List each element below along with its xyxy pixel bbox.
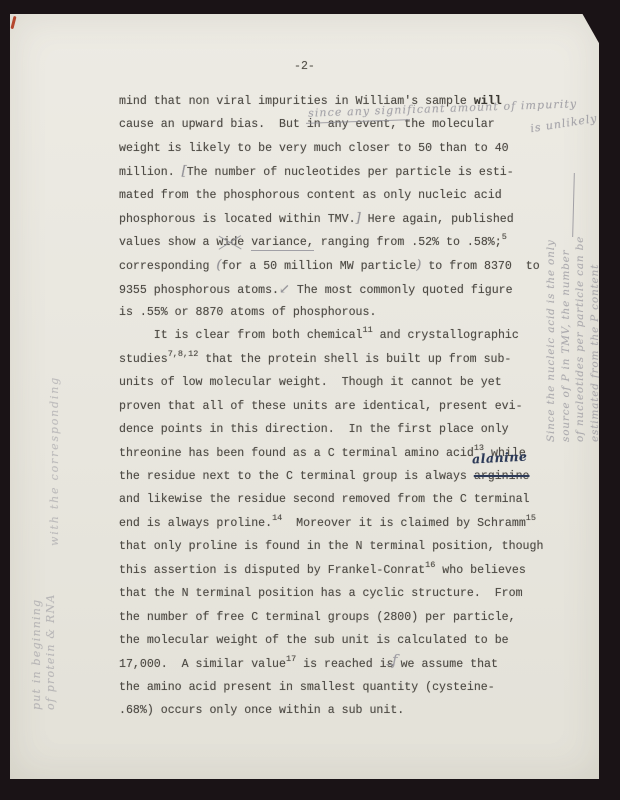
typed-line: dence points in this direction. In the f… <box>119 418 543 441</box>
typed-segment: It is clear from both chemical <box>119 329 363 342</box>
typed-segment: studies <box>119 353 168 366</box>
typed-segment-si: arginine <box>474 470 530 483</box>
note-line: Since the nucleic acid is the only <box>544 142 559 442</box>
typed-line: corresponding (for a 50 million MW parti… <box>119 254 543 277</box>
left-margin-note-upper: with the corresponding <box>48 308 61 546</box>
typed-line: that only proline is found in the N term… <box>119 535 543 558</box>
typed-segment: weight is likely to be very much closer … <box>119 142 509 155</box>
typed-line: It is clear from both chemical11 and cry… <box>119 324 543 347</box>
typed-line: weight is likely to be very much closer … <box>119 137 543 160</box>
red-corner-mark <box>10 16 16 29</box>
typed-segment-x: wide <box>216 236 244 249</box>
typed-segment: that the protein shell is built up from … <box>198 353 511 366</box>
typed-segment-sup: 11 <box>363 325 373 335</box>
typed-segment: the number of free C terminal groups (28… <box>119 611 516 624</box>
typed-segment: Here again, published <box>361 213 514 226</box>
typed-segment: the residue next to the C terminal group… <box>119 470 474 483</box>
typed-segment-sup: 17 <box>286 654 296 664</box>
typed-segment: phosphorous is located within TMV. <box>119 213 356 226</box>
left-margin-note-lower: put in beginningof protein & RNA <box>30 545 58 710</box>
typed-segment: and likewise the residue second removed … <box>119 493 530 506</box>
typed-segment: end is always proline. <box>119 517 272 530</box>
typed-segment: we assume that <box>394 658 498 671</box>
typed-segment: mated from the phosphorous content as on… <box>119 189 502 202</box>
typed-line: phosphorous is located within TMV.] Here… <box>119 207 543 230</box>
typed-line: the molecular weight of the sub unit is … <box>119 629 543 652</box>
typed-line: proven that all of these units are ident… <box>119 395 543 418</box>
typed-segment: threonine has been found as a C terminal… <box>119 447 474 460</box>
typed-text-block: mind that non viral impurities in Willia… <box>119 90 543 723</box>
page-number: -2- <box>294 60 315 73</box>
typed-line: and likewise the residue second removed … <box>119 488 543 511</box>
typed-line: .68%) occurs only once within a sub unit… <box>119 699 543 722</box>
typed-line: studies7,8,12 that the protein shell is … <box>119 348 543 371</box>
typed-line: that the N terminal position has a cycli… <box>119 582 543 605</box>
typed-line: is .55% or 8870 atoms of phosphorous. <box>119 301 543 324</box>
typed-segment: is .55% or 8870 atoms of phosphorous. <box>119 306 376 319</box>
ink-correction-alanine: alanine <box>472 449 528 467</box>
typed-line: end is always proline.14 Moreover it is … <box>119 512 543 535</box>
note-line: of nucleotides per particle can be <box>573 142 588 442</box>
pencil-correction-f: f <box>392 651 398 669</box>
typed-segment: who believes <box>435 564 525 577</box>
typed-line: the residue next to the C terminal group… <box>119 465 543 488</box>
typed-segment: The most commonly quoted figure <box>290 284 513 297</box>
typed-segment: 17,000. A similar value <box>119 658 286 671</box>
note-line: of protein & RNA <box>44 545 58 710</box>
typed-segment-sup: 5 <box>502 232 507 242</box>
typed-line: values show a wide variance, ranging fro… <box>119 231 543 254</box>
typed-line: the number of free C terminal groups (28… <box>119 606 543 629</box>
note-line: with the corresponding <box>48 308 61 546</box>
typed-segment-u: variance, <box>251 236 314 251</box>
typed-segment: that the N terminal position has a cycli… <box>119 587 523 600</box>
typed-segment: corresponding <box>119 260 216 273</box>
typed-line: 9355 phosphorous atoms.↙ The most common… <box>119 278 543 301</box>
typed-line: million. [The number of nucleotides per … <box>119 160 543 183</box>
typed-segment: cause an upward bias. But in any event, … <box>119 118 495 131</box>
typed-segment: for a 50 million MW particle <box>221 260 416 273</box>
typed-segment-sup: 15 <box>526 513 536 523</box>
typed-segment: ranging from .52% to .58%; <box>314 236 502 249</box>
typed-segment: The number of nucleotides per particle i… <box>187 166 514 179</box>
typed-line: units of low molecular weight. Though it… <box>119 371 543 394</box>
typed-segment: that only proline is found in the N term… <box>119 540 543 553</box>
typed-segment: dence points in this direction. In the f… <box>119 423 509 436</box>
typed-segment: million. <box>119 166 182 179</box>
note-line: source of P in TMV, the number <box>559 142 574 442</box>
typed-segment-hand: ↙ <box>279 282 290 297</box>
note-line: put in beginning <box>30 545 44 710</box>
typed-segment-sup: 7,8,12 <box>168 349 199 359</box>
typed-line: mated from the phosphorous content as on… <box>119 184 543 207</box>
typed-segment: .68%) occurs only once within a sub unit… <box>119 704 404 717</box>
typed-segment: the amino acid present in smallest quant… <box>119 681 495 694</box>
typed-segment: proven that all of these units are ident… <box>119 400 523 413</box>
typed-segment: 9355 phosphorous atoms. <box>119 284 279 297</box>
typed-segment: is reached i <box>296 658 386 671</box>
typed-segment: and crystallographic <box>373 329 519 342</box>
typed-segment-sup: 14 <box>272 513 282 523</box>
typed-segment: Moreover it is claimed by Schramm <box>282 517 526 530</box>
typed-segment-sup: 16 <box>425 560 435 570</box>
typed-segment: to from 8370 to <box>421 260 539 273</box>
typed-segment: the molecular weight of the sub unit is … <box>119 634 509 647</box>
typed-segment: this assertion is disputed by Frankel-Co… <box>119 564 425 577</box>
scanned-document-photo: -2- mind that non viral impurities in Wi… <box>0 0 620 800</box>
typed-line: 17,000. A similar value17 is reached is … <box>119 653 543 676</box>
note-line: estimated from the P content <box>588 142 603 442</box>
typed-segment: values show a <box>119 236 216 249</box>
typed-line: this assertion is disputed by Frankel-Co… <box>119 559 543 582</box>
typescript-page: -2- mind that non viral impurities in Wi… <box>10 14 599 779</box>
typed-line: the amino acid present in smallest quant… <box>119 676 543 699</box>
typed-segment: units of low molecular weight. Though it… <box>119 376 502 389</box>
